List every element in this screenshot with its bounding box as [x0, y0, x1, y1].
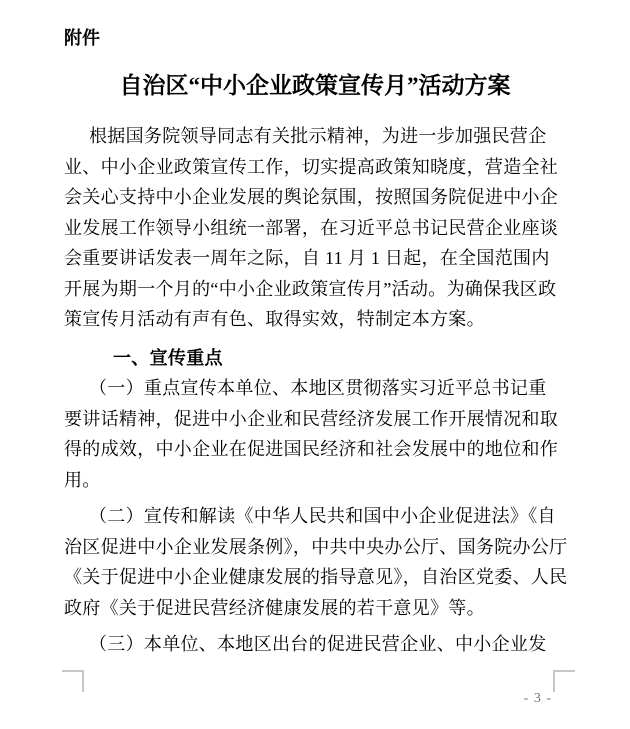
text-line: 要讲话精神，促进中小企业和民营经济发展工作开展情况和取	[64, 404, 604, 435]
text-line: 用。	[64, 465, 604, 496]
text-line: 业发展工作领导小组统一部署，在习近平总书记民营企业座谈	[64, 213, 604, 244]
text-line: 会重要讲话发表一周年之际，自 11 月 1 日起，在全国范围内	[64, 243, 604, 274]
page-corner-mark-left-icon	[62, 670, 84, 692]
text-line: 策宣传月活动有声有色、取得实效，特制定本方案。	[64, 304, 604, 335]
text-line: 会关心支持中小企业发展的舆论氛围，按照国务院促进中小企	[64, 182, 604, 213]
text-line: （三）本单位、本地区出台的促进民营企业、中小企业发	[64, 629, 604, 660]
text-line: 业、中小企业政策宣传工作，切实提高政策知晓度，营造全社	[64, 152, 604, 183]
text-line: 根据国务院领导同志有关批示精神，为进一步加强民营企	[64, 121, 604, 152]
section-heading: 一、宣传重点	[64, 343, 604, 374]
text-line: 开展为期一个月的“中小企业政策宣传月”活动。为确保我区政	[64, 274, 604, 305]
text-line: 得的成效，中小企业在促进国民经济和社会发展中的地位和作	[64, 434, 604, 465]
text-line: （一）重点宣传本单位、本地区贯彻落实习近平总书记重	[64, 373, 604, 404]
document-body: 根据国务院领导同志有关批示精神，为进一步加强民营企业、中小企业政策宣传工作，切实…	[64, 121, 604, 660]
document-title: 自治区“中小企业政策宣传月”活动方案	[0, 70, 630, 102]
text-line: 《关于促进中小企业健康发展的指导意见》，自治区党委、人民	[64, 562, 604, 593]
document-page: 附件 自治区“中小企业政策宣传月”活动方案 根据国务院领导同志有关批示精神，为进…	[0, 0, 630, 729]
text-line: 治区促进中小企业发展条例》，中共中央办公厅、国务院办公厅	[64, 532, 604, 563]
page-corner-mark-right-icon	[553, 670, 575, 692]
text-line: 政府《关于促进民营经济健康发展的若干意见》等。	[64, 593, 604, 624]
page-number: - 3 -	[524, 691, 552, 707]
text-line: （二）宣传和解读《中华人民共和国中小企业促进法》《自	[64, 501, 604, 532]
attachment-label: 附件	[64, 26, 100, 50]
